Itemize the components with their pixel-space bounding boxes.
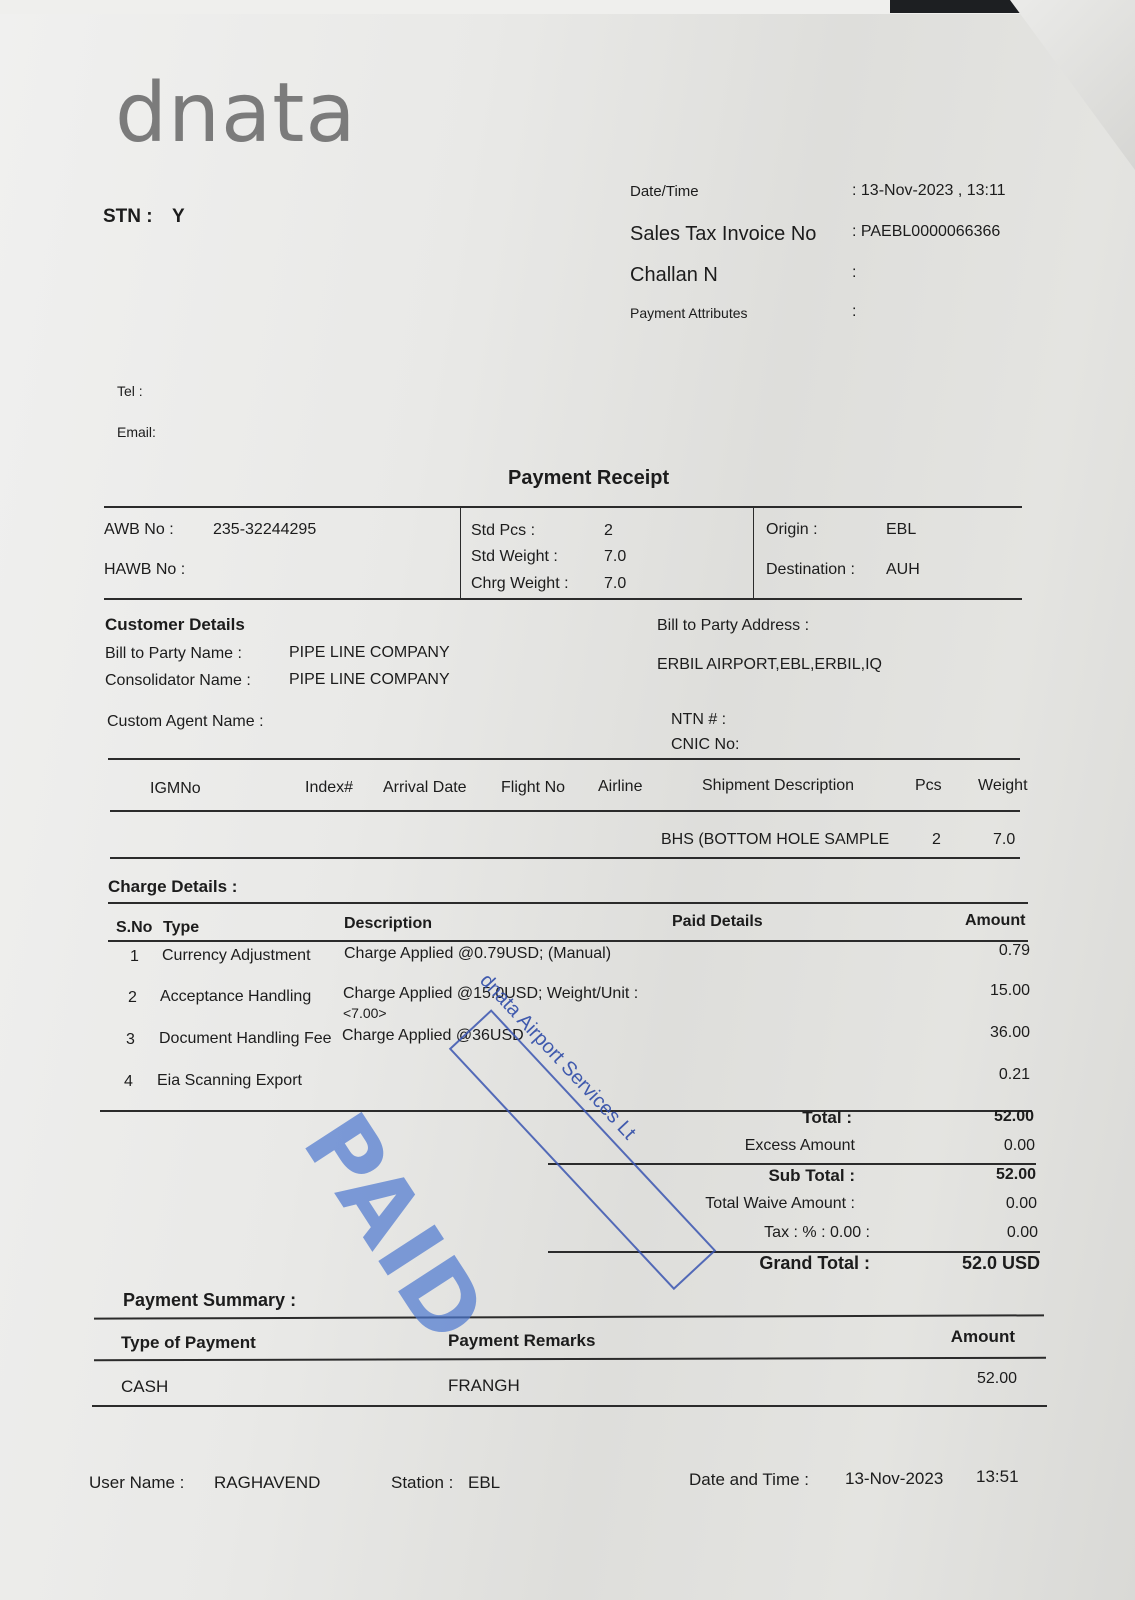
ntn-label: NTN # : bbox=[671, 711, 726, 729]
awb-label: AWB No : bbox=[104, 521, 174, 539]
excess-amount-value: 0.00 bbox=[930, 1137, 1035, 1155]
cnic-label: CNIC No: bbox=[671, 736, 739, 754]
payment-header-remarks: Payment Remarks bbox=[448, 1331, 595, 1351]
customer-details-heading: Customer Details bbox=[105, 615, 245, 635]
charge-sno: 2 bbox=[128, 989, 137, 1007]
footer-date-value: 13-Nov-2023 bbox=[845, 1469, 943, 1489]
custom-agent-label: Custom Agent Name : bbox=[107, 713, 264, 731]
igm-row-pcs: 2 bbox=[932, 831, 941, 849]
subtotal-label: Sub Total : bbox=[660, 1166, 855, 1186]
consolidator-value: PIPE LINE COMPANY bbox=[289, 671, 450, 689]
igm-header-index: Index# bbox=[305, 779, 353, 797]
charges-header-sno: S.No bbox=[116, 919, 152, 937]
charge-sno: 3 bbox=[126, 1031, 135, 1049]
divider bbox=[110, 857, 1020, 859]
origin-label: Origin : bbox=[766, 521, 818, 539]
divider bbox=[104, 598, 1022, 600]
divider bbox=[108, 940, 1028, 942]
charge-type: Acceptance Handling bbox=[160, 988, 311, 1006]
paid-stamp: PAID bbox=[282, 1095, 507, 1362]
charge-type: Document Handling Fee bbox=[159, 1030, 332, 1048]
payment-header-amount: Amount bbox=[900, 1327, 1015, 1347]
igm-row-weight: 7.0 bbox=[993, 831, 1015, 849]
divider bbox=[108, 902, 1028, 904]
charge-description: Charge Applied @0.79USD; (Manual) bbox=[344, 945, 611, 963]
page-title: Payment Receipt bbox=[508, 467, 669, 490]
charges-header-type: Type bbox=[163, 919, 199, 937]
tel-label: Tel : bbox=[117, 383, 143, 399]
payment-header-type: Type of Payment bbox=[121, 1333, 256, 1353]
payment-type: CASH bbox=[121, 1377, 168, 1397]
user-name-value: RAGHAVEND bbox=[214, 1473, 320, 1493]
igm-header-pcs: Pcs bbox=[915, 777, 942, 795]
destination-label: Destination : bbox=[766, 561, 855, 579]
igm-header-igmno: IGMNo bbox=[150, 780, 201, 798]
charge-sno: 4 bbox=[124, 1073, 133, 1091]
page-top-edge bbox=[0, 0, 1020, 14]
std-weight-value: 7.0 bbox=[604, 548, 626, 566]
total-waive-value: 0.00 bbox=[930, 1195, 1037, 1213]
hawb-label: HAWB No : bbox=[104, 561, 185, 579]
charge-amount: 0.21 bbox=[930, 1066, 1030, 1084]
date-time-value: : 13-Nov-2023 , 13:11 bbox=[852, 182, 1006, 200]
igm-header-weight: Weight bbox=[978, 777, 1028, 795]
subtotal-value: 52.00 bbox=[930, 1166, 1036, 1184]
divider bbox=[94, 1357, 1046, 1361]
date-time-label: Date/Time bbox=[630, 183, 699, 200]
std-weight-label: Std Weight : bbox=[471, 548, 558, 566]
footer-time-value: 13:51 bbox=[976, 1467, 1019, 1487]
charge-details-heading: Charge Details : bbox=[108, 877, 237, 897]
igm-header-arrival-date: Arrival Date bbox=[383, 779, 467, 797]
page-corner-fold bbox=[1010, 0, 1135, 170]
consolidator-label: Consolidator Name : bbox=[105, 672, 251, 690]
igm-header-flight-no: Flight No bbox=[501, 779, 565, 797]
payment-summary-heading: Payment Summary : bbox=[123, 1290, 296, 1311]
address-value: ERBIL AIRPORT,EBL,ERBIL,IQ bbox=[657, 656, 882, 674]
stn-label: STN : bbox=[103, 206, 153, 228]
charges-header-description: Description bbox=[344, 915, 432, 933]
payment-attributes-value: : bbox=[852, 303, 856, 321]
total-label: Total : bbox=[660, 1108, 852, 1128]
payment-attributes-label: Payment Attributes bbox=[630, 305, 748, 321]
igm-row-description: BHS (BOTTOM HOLE SAMPLE bbox=[661, 831, 889, 849]
divider bbox=[110, 810, 1020, 812]
total-value: 52.00 bbox=[930, 1108, 1034, 1126]
charge-type: Eia Scanning Export bbox=[157, 1072, 302, 1090]
payment-amount: 52.00 bbox=[900, 1370, 1017, 1388]
charges-header-amount: Amount bbox=[965, 912, 1025, 930]
invoice-value: : PAEBL0000066366 bbox=[852, 223, 1000, 241]
challan-value: : bbox=[852, 264, 856, 282]
igm-header-shipment-description: Shipment Description bbox=[702, 777, 854, 795]
bill-to-value: PIPE LINE COMPANY bbox=[289, 644, 450, 662]
charge-type: Currency Adjustment bbox=[162, 947, 311, 965]
chrg-weight-value: 7.0 bbox=[604, 575, 626, 593]
email-label: Email: bbox=[117, 424, 156, 440]
origin-value: EBL bbox=[886, 521, 916, 539]
divider bbox=[460, 507, 461, 599]
std-pcs-label: Std Pcs : bbox=[471, 522, 535, 540]
charge-amount: 36.00 bbox=[930, 1024, 1030, 1042]
charge-description-cont: <7.00> bbox=[343, 1005, 387, 1021]
stn-value: Y bbox=[172, 206, 185, 228]
charge-amount: 15.00 bbox=[930, 982, 1030, 1000]
divider bbox=[94, 1314, 1044, 1319]
dnata-logo: dnata bbox=[115, 66, 357, 161]
invoice-label: Sales Tax Invoice No bbox=[630, 223, 816, 246]
divider bbox=[108, 758, 1020, 760]
charge-sno: 1 bbox=[130, 948, 139, 966]
station-label: Station : bbox=[391, 1473, 453, 1493]
user-name-label: User Name : bbox=[89, 1473, 184, 1493]
grand-total-value: 52.0 USD bbox=[930, 1253, 1040, 1274]
address-label: Bill to Party Address : bbox=[657, 617, 809, 635]
igm-header-airline: Airline bbox=[598, 778, 642, 796]
payment-remarks: FRANGH bbox=[448, 1376, 520, 1396]
destination-value: AUH bbox=[886, 561, 920, 579]
std-pcs-value: 2 bbox=[604, 522, 613, 540]
station-value: EBL bbox=[468, 1473, 500, 1493]
charge-amount: 0.79 bbox=[930, 942, 1030, 960]
chrg-weight-label: Chrg Weight : bbox=[471, 575, 569, 593]
awb-value: 235-32244295 bbox=[213, 521, 316, 539]
footer-datetime-label: Date and Time : bbox=[689, 1470, 809, 1490]
divider bbox=[104, 506, 1022, 508]
challan-label: Challan N bbox=[630, 264, 718, 287]
divider bbox=[753, 507, 754, 599]
bill-to-label: Bill to Party Name : bbox=[105, 645, 242, 663]
tax-value: 0.00 bbox=[930, 1224, 1038, 1242]
divider bbox=[92, 1405, 1047, 1407]
excess-amount-label: Excess Amount bbox=[660, 1137, 855, 1155]
charges-header-paid-details: Paid Details bbox=[672, 913, 763, 931]
background-object bbox=[890, 0, 1020, 13]
